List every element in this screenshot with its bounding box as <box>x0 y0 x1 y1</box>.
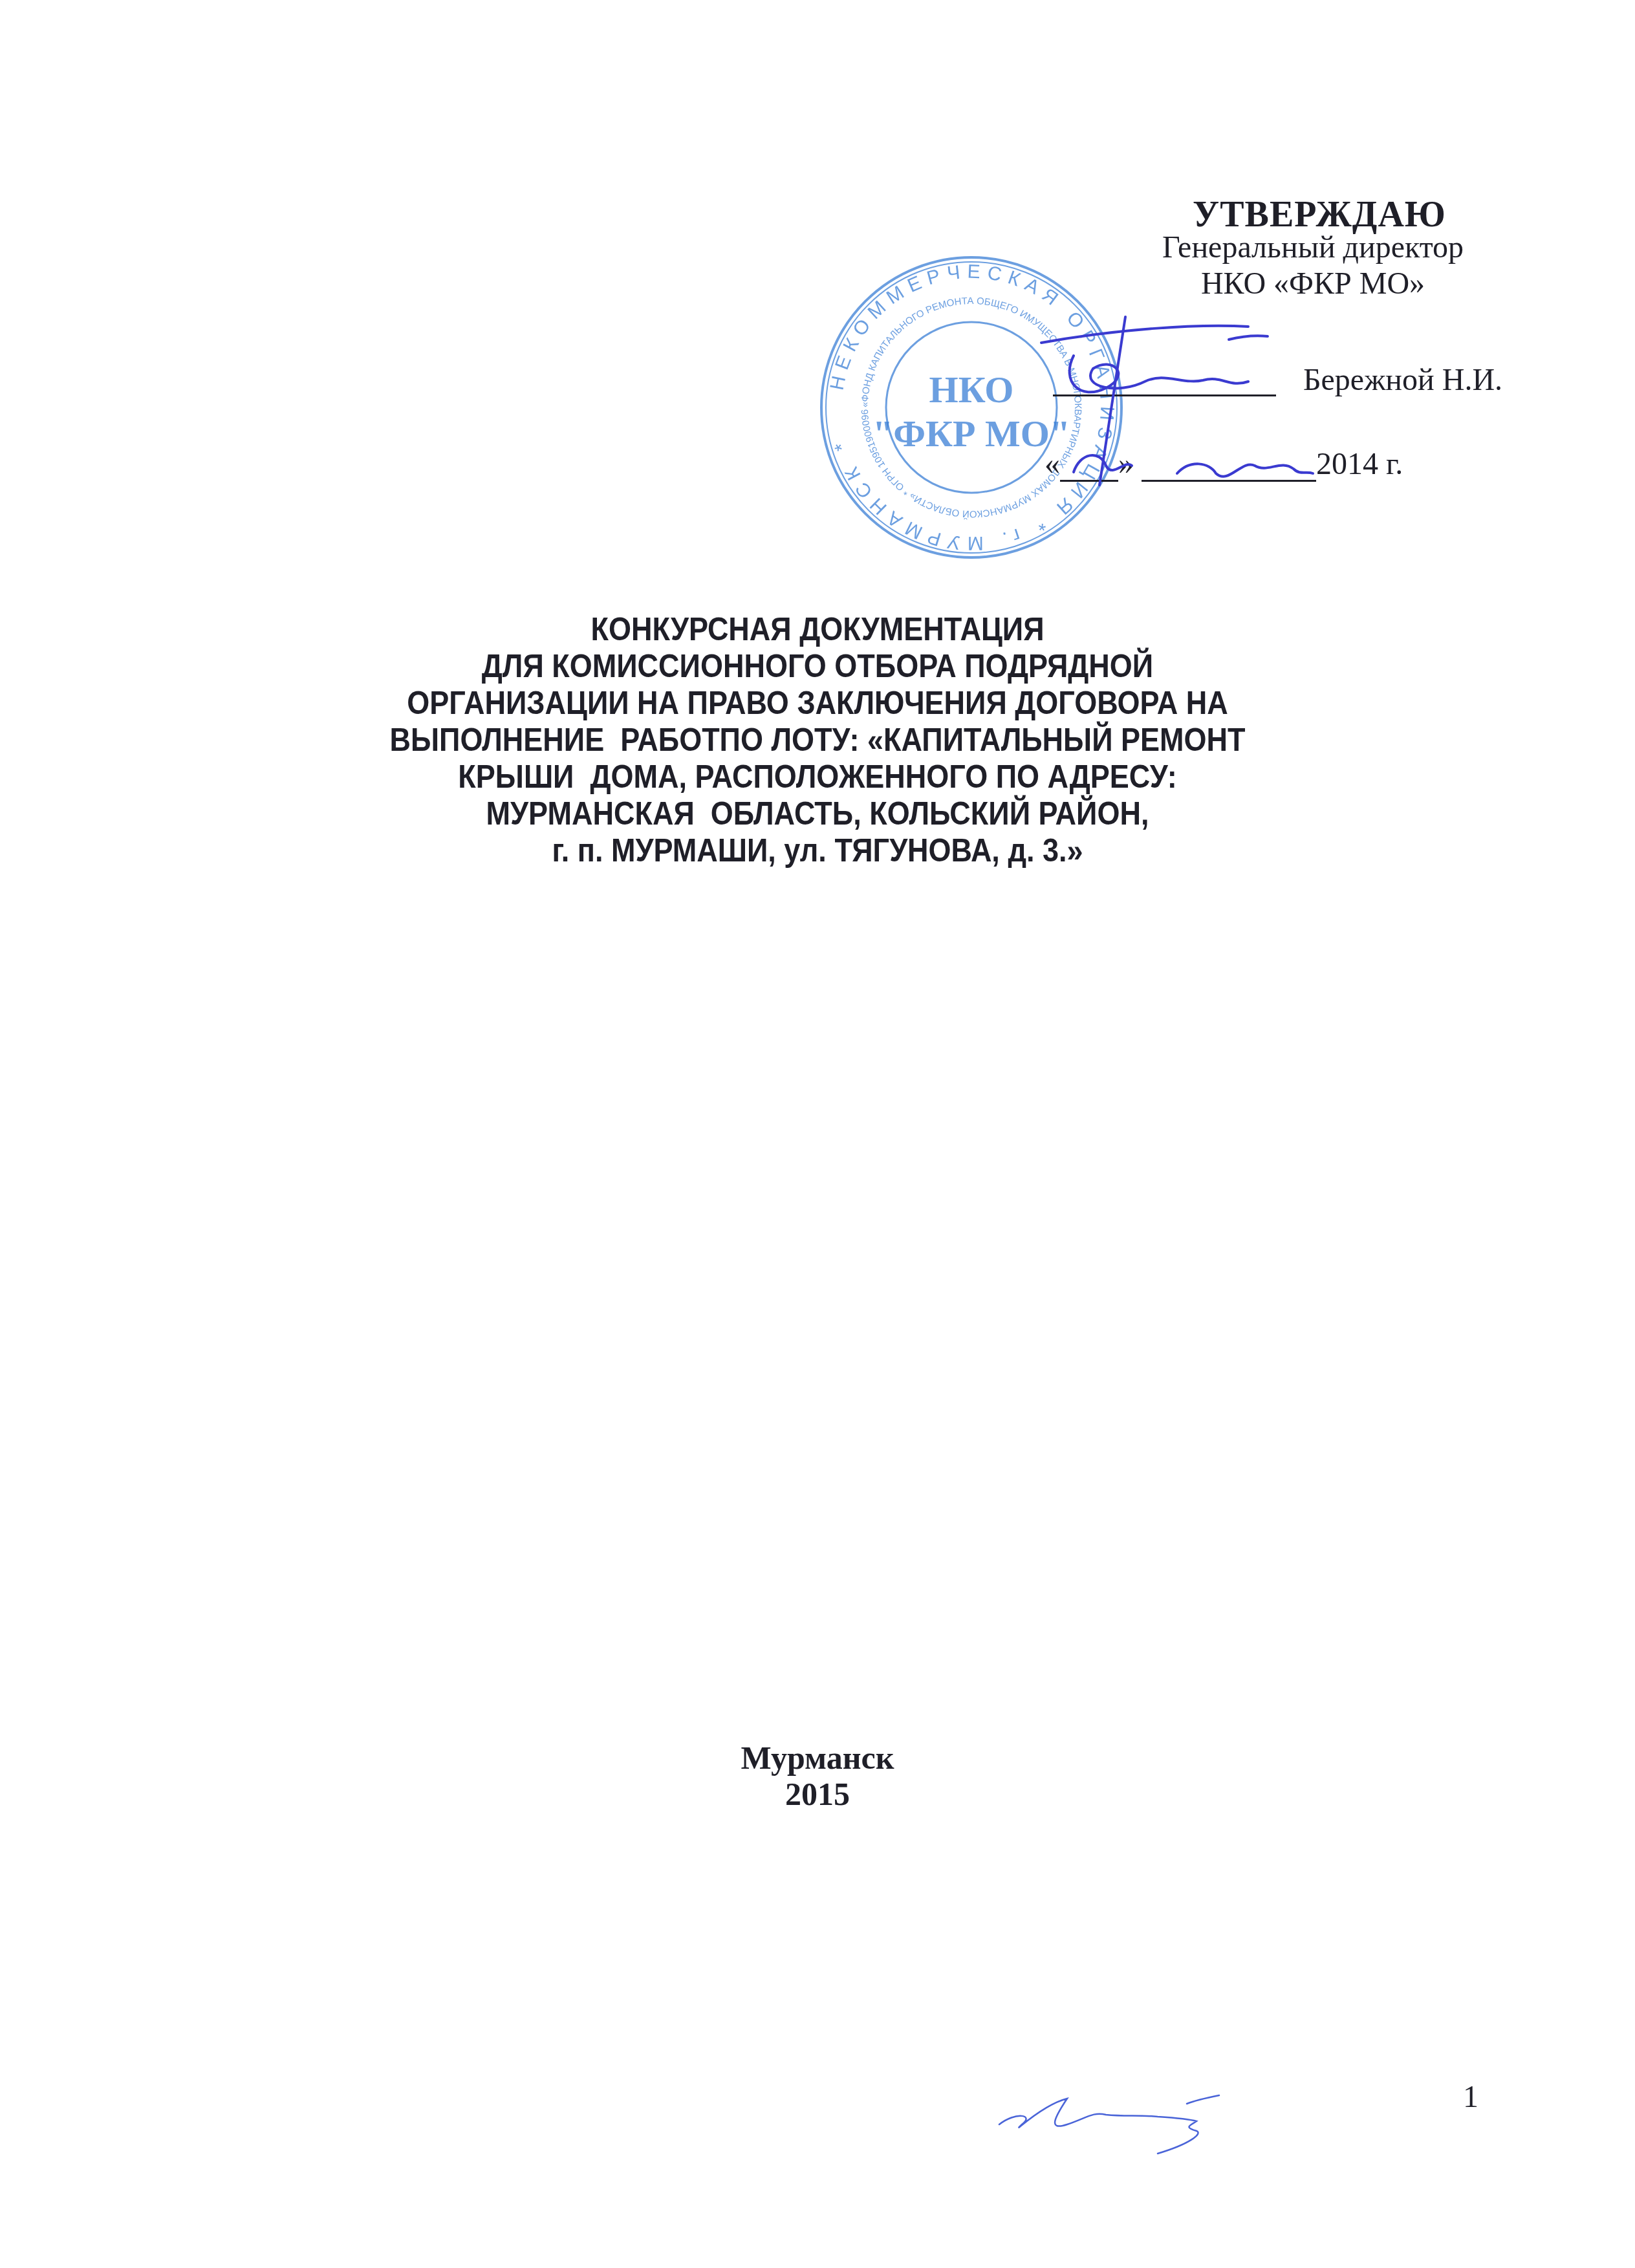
place-and-year: Мурманск 2015 <box>0 1740 1635 1812</box>
title-line: г. п. МУРМАШИ, ул. ТЯГУНОВА, д. 3.» <box>256 832 1378 869</box>
organization-name: НКО «ФКР МО» <box>1087 266 1539 302</box>
title-line: ВЫПОЛНЕНИЕ РАБОТПО ЛОТУ: «КАПИТАЛЬНЫЙ РЕ… <box>256 722 1378 759</box>
approval-position: Генеральный директор НКО «ФКР МО» <box>1087 230 1539 302</box>
title-line: ДЛЯ КОМИССИОННОГО ОТБОРА ПОДРЯДНОЙ <box>256 648 1378 685</box>
page-initials-signature-icon <box>996 2086 1229 2157</box>
page-number: 1 <box>1463 2079 1478 2115</box>
document-title: КОНКУРСНАЯ ДОКУМЕНТАЦИЯ ДЛЯ КОМИССИОННОГ… <box>256 611 1378 869</box>
title-line: ОРГАНИЗАЦИИ НА ПРАВО ЗАКЛЮЧЕНИЯ ДОГОВОРА… <box>256 685 1378 722</box>
title-line: КОНКУРСНАЯ ДОКУМЕНТАЦИЯ <box>256 611 1378 648</box>
city: Мурманск <box>0 1740 1635 1776</box>
director-signature-icon <box>1035 304 1397 511</box>
title-line: КРЫШИ ДОМА, РАСПОЛОЖЕННОГО ПО АДРЕСУ: <box>256 759 1378 795</box>
position-title: Генеральный директор <box>1087 230 1539 266</box>
year: 2015 <box>0 1776 1635 1812</box>
stamp-center-line1: НКО <box>929 369 1014 411</box>
title-line: МУРМАНСКАЯ ОБЛАСТЬ, КОЛЬСКИЙ РАЙОН, <box>256 795 1378 832</box>
